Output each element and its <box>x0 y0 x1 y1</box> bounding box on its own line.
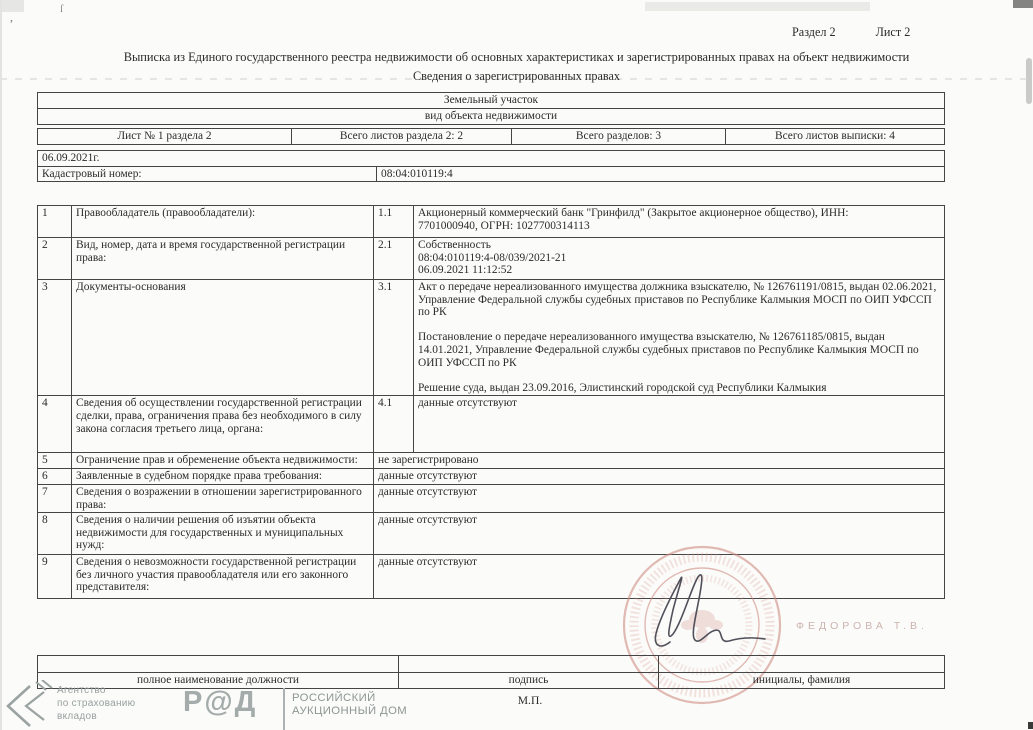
signature-entry-cell <box>398 656 658 672</box>
signature-caption-row: полное наименование должности подпись ин… <box>38 672 944 688</box>
scan-artifact <box>645 2 870 11</box>
position-entry-cell <box>38 656 398 672</box>
row-subnumber: 1.1 <box>373 206 413 237</box>
row-label: Сведения о невозможности государственной… <box>71 555 373 598</box>
scan-artifact: ſ <box>60 3 63 15</box>
sheet-info-cell: Всего разделов: 3 <box>511 129 725 144</box>
document-title: Выписка из Единого государственного реес… <box>0 50 1033 65</box>
row-label: Сведения о возражении в отношении зареги… <box>71 485 373 512</box>
document-subtitle: Сведения о зарегистрированных правах <box>0 69 1033 84</box>
stamp-place-label: М.П. <box>500 694 560 707</box>
row-number: 9 <box>38 555 71 598</box>
row-label: Вид, номер, дата и время государственной… <box>71 238 373 279</box>
cadastral-value: 08:04:010119:4 <box>376 167 944 182</box>
asv-logo-icon <box>2 680 54 730</box>
row-value: данные отсутствуют <box>373 485 944 512</box>
asv-logo-text: Агентство по страхованию вкладов <box>57 684 135 723</box>
scan-artifact: , <box>10 10 13 25</box>
rad-logo-text: РОССИЙСКИЙ АУКЦИОННЫЙ ДОМ <box>292 692 407 718</box>
sheet-info-cell: Всего листов выписки: 4 <box>725 129 944 144</box>
row-subnumber: 3.1 <box>373 280 413 395</box>
row-label: Документы-основания <box>71 280 373 395</box>
extract-date: 06.09.2021г. <box>38 151 944 166</box>
name-caption: инициалы, фамилия <box>658 673 944 688</box>
row-number: 4 <box>38 396 71 452</box>
scan-artifact <box>0 0 24 12</box>
rad-logo-divider <box>283 688 285 730</box>
sheet-info-cell: Лист № 1 раздела 2 <box>38 129 291 144</box>
table-row: 9 Сведения о невозможности государственн… <box>38 554 944 598</box>
row-value: не зарегистрировано <box>373 453 944 468</box>
row-value: Акт о передаче нереализованного имуществ… <box>413 280 944 395</box>
signature-table: полное наименование должности подпись ин… <box>37 655 945 689</box>
row-number: 1 <box>38 206 71 237</box>
table-row: 5 Ограничение прав и обременение объекта… <box>38 452 944 468</box>
sheet-info-row: Лист № 1 раздела 2 Всего листов раздела … <box>37 128 945 145</box>
row-label: Заявленные в судебном порядке права треб… <box>71 469 373 484</box>
table-row: 3 Документы-основания 3.1 Акт о передаче… <box>38 279 944 395</box>
scan-artifact <box>1028 722 1033 729</box>
table-row: 6 Заявленные в судебном порядке права тр… <box>38 468 944 484</box>
row-subnumber: 4.1 <box>373 396 413 452</box>
row-value: Акционерный коммерческий банк "Гринфилд"… <box>413 206 944 237</box>
row-number: 8 <box>38 513 71 554</box>
sheet-number: Лист 2 <box>876 25 911 40</box>
table-row: 2 Вид, номер, дата и время государственн… <box>38 237 944 279</box>
object-type-value: Земельный участок <box>38 93 944 108</box>
object-type-box: Земельный участок вид объекта недвижимос… <box>37 92 945 125</box>
section-number: Раздел 2 <box>792 25 836 40</box>
object-type-caption: вид объекта недвижимости <box>38 109 944 124</box>
row-number: 7 <box>38 485 71 512</box>
row-value: Собственность 08:04:010119:4-08/039/2021… <box>413 238 944 279</box>
page-reference: Раздел 2 Лист 2 <box>792 25 910 40</box>
rights-table: 1 Правообладатель (правообладатели): 1.1… <box>37 205 945 599</box>
row-number: 3 <box>38 280 71 395</box>
row-number: 2 <box>38 238 71 279</box>
table-row: 1 Правообладатель (правообладатели): 1.1… <box>38 206 944 237</box>
row-value: данные отсутствуют <box>373 469 944 484</box>
table-row: 7 Сведения о возражении в отношении заре… <box>38 484 944 512</box>
signature-caption: подпись <box>398 673 658 688</box>
table-row: 8 Сведения о наличии решения об изъятии … <box>38 512 944 554</box>
row-number: 6 <box>38 469 71 484</box>
scan-artifact <box>0 0 2 730</box>
row-subnumber: 2.1 <box>373 238 413 279</box>
date-cadastral-box: 06.09.2021г. Кадастровый номер: 08:04:01… <box>37 150 945 182</box>
row-label: Ограничение прав и обременение объекта н… <box>71 453 373 468</box>
rad-logo-icon: Р@Д <box>183 686 257 719</box>
cadastral-label: Кадастровый номер: <box>38 167 376 182</box>
signer-name: ФЕДОРОВА Т.В. <box>796 620 928 632</box>
table-row: 4 Сведения об осуществлении государствен… <box>38 395 944 452</box>
name-entry-cell <box>658 656 944 672</box>
row-label: Правообладатель (правообладатели): <box>71 206 373 237</box>
signature-entry-row <box>38 656 944 672</box>
row-value: данные отсутствуют <box>413 396 944 452</box>
row-label: Сведения об осуществлении государственно… <box>71 396 373 452</box>
row-number: 5 <box>38 453 71 468</box>
sheet-info-cell: Всего листов раздела 2: 2 <box>291 129 511 144</box>
row-label: Сведения о наличии решения об изъятии об… <box>71 513 373 554</box>
scan-artifact <box>1013 0 1033 8</box>
